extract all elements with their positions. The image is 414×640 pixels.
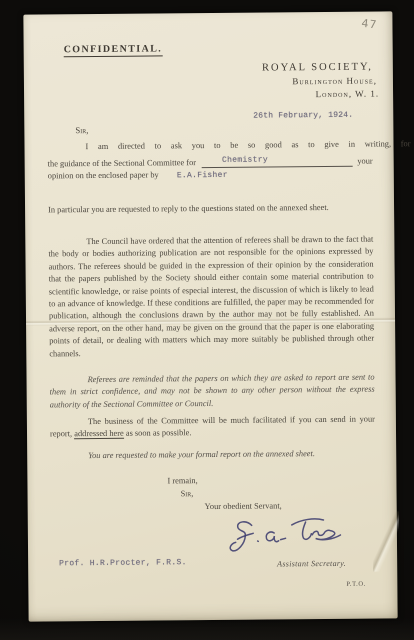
committee-field-value: Chemistry [222,155,268,164]
date-line: 26th February, 1924. [253,111,353,121]
paragraph-5-send-report: The business of the Committee will be mu… [50,414,375,442]
letterhead-address-2: London, W. 1. [262,89,379,100]
paragraph-6-formal-note: You are requested to make your formal re… [50,448,375,463]
archive-page-number: 47 [361,17,378,32]
addressee-name: Prof. H.R.Procter, F.R.S. [59,558,187,568]
author-field-value: E.A.Fisher [177,171,228,180]
paragraph-1-line-1: I am directed to ask you to be so good a… [47,138,410,154]
paragraph-4-confidence-note: Referees are reminded that the papers on… [49,372,374,412]
letterhead-org: ROYAL SOCIETY, [262,62,373,74]
closing-obedient-servant: Your obedient Servant, [205,501,282,511]
signature-handwritten-f-a-towle [220,511,350,561]
salutation: Sir, [75,125,88,135]
letterhead-block: ROYAL SOCIETY, Burlington House, London,… [262,62,379,100]
scan-background: 47 CONFIDENTIAL. ROYAL SOCIETY, Burlingt… [0,0,414,640]
edge-crease [373,511,400,571]
committee-field-line: Chemistry [202,153,352,169]
addressed-here-underlined: addressed here [74,429,124,439]
please-turn-over: P.T.O. [346,581,366,588]
paragraph-3-council-rules: The Council have ordered that the attent… [48,234,374,361]
paragraph-2: In particular you are requested to reply… [48,202,373,217]
paragraph-1-line-3: opinion on the enclosed paper by E.A.Fis… [48,168,373,184]
author-field-label: opinion on the enclosed paper by [48,170,159,180]
closing-i-remain: I remain, [167,476,197,485]
confidential-heading: CONFIDENTIAL. [64,43,163,57]
closing-sir: Sir, [181,489,194,498]
paragraph-5-end: as soon as possible. [124,429,192,439]
paragraph-1-line-2-end: your [357,156,372,169]
letterhead-address-1: Burlington House, [262,76,377,87]
letter-page: 47 CONFIDENTIAL. ROYAL SOCIETY, Burlingt… [23,11,397,621]
signature-role: Assistant Secretary. [277,559,346,569]
